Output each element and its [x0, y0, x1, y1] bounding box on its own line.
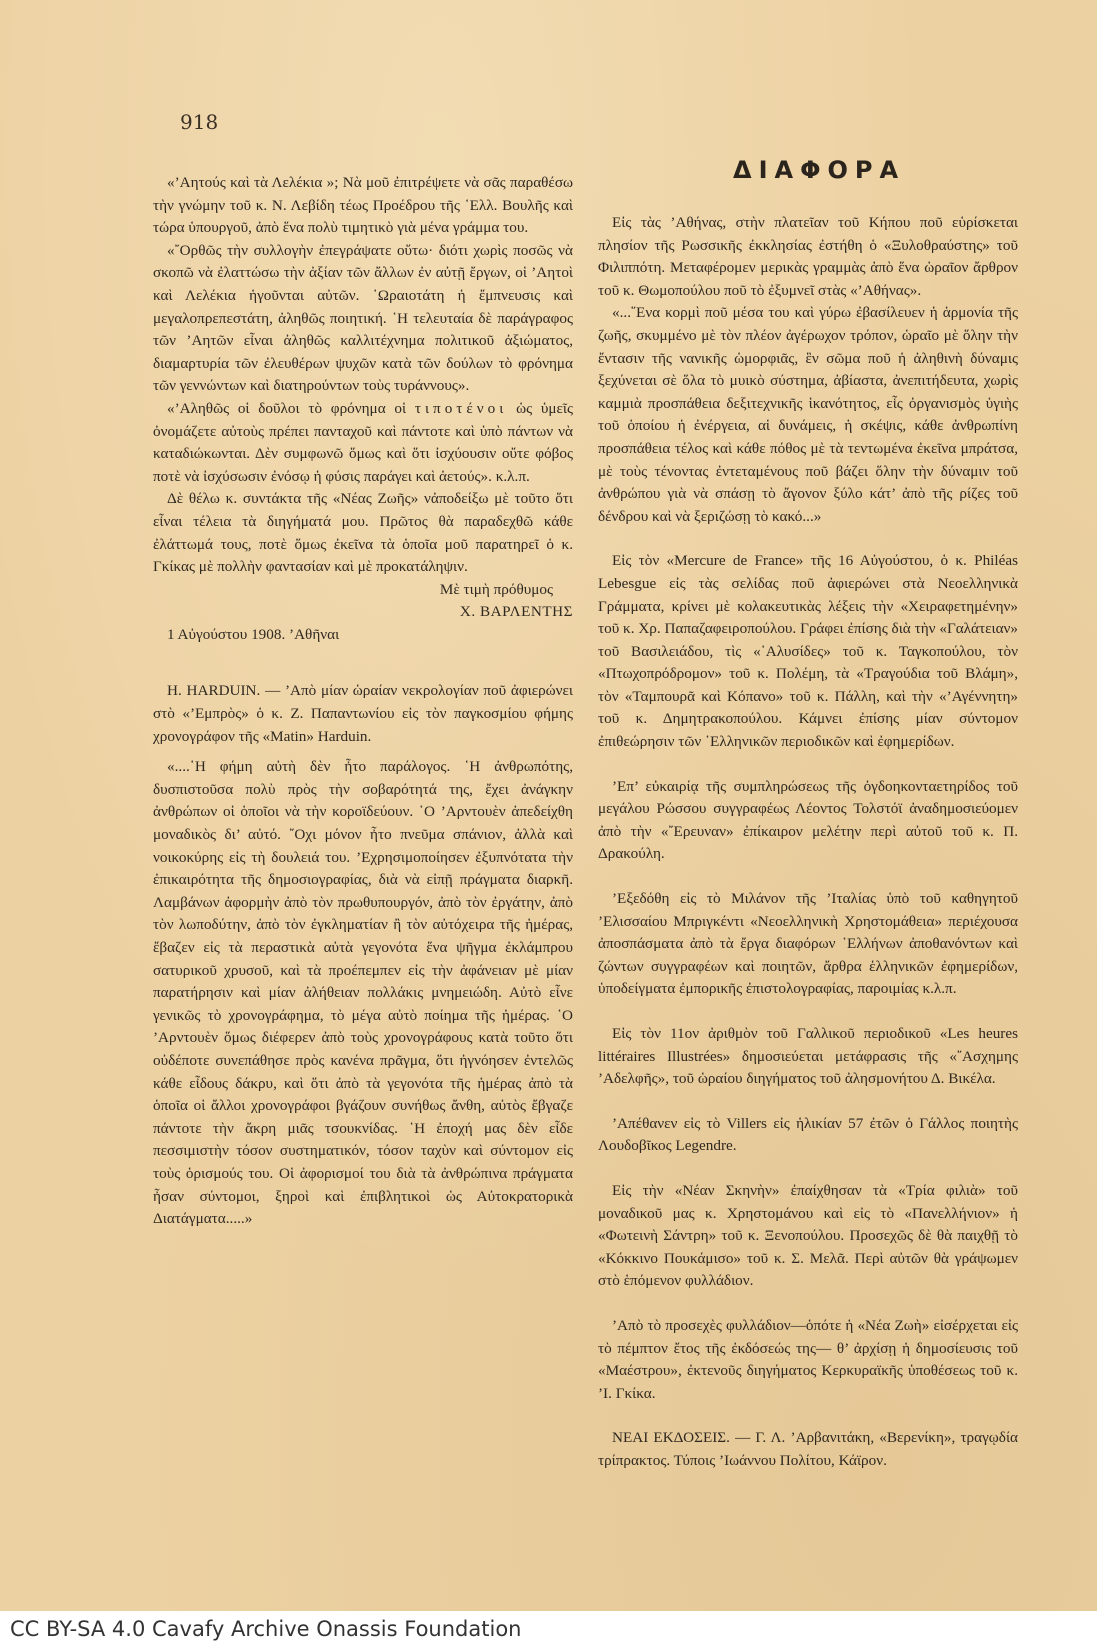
letter-closing: Μὲ τιμὴ πρόθυμος — [153, 579, 573, 602]
spacer — [153, 748, 573, 756]
letter-paragraph: «’Αληθῶς οἱ δοῦλοι τὸ φρόνημα οἱ τιποτέν… — [153, 398, 573, 488]
news-item-maestro: ’Απὸ τὸ προσεχὲς φυλλάδιον—ὁπότε ἡ «Νέα … — [598, 1315, 1018, 1405]
news-item-statue: Εἰς τὰς ’Αθήνας, στὴν πλατεῖαν τοῦ Κήπου… — [598, 212, 1018, 302]
license-caption: CC BY-SA 4.0 Cavafy Archive Onassis Foun… — [10, 1614, 521, 1644]
spacer — [598, 528, 1018, 550]
letter-signature: Χ. ΒΑΡΛΕΝΤΗΣ — [153, 601, 573, 624]
spacer — [598, 866, 1018, 888]
news-item-legendre: ’Απέθανεν εἰς τὸ Villers εἰς ἡλικίαν 57 … — [598, 1113, 1018, 1158]
letter-paragraph: «῎Ορθῶς τὴν συλλογὴν ἐπεγράψατε οὕτω· δι… — [153, 240, 573, 398]
letter-text: «’Αληθῶς οἱ δοῦλοι τὸ φρόνημα οἱ — [167, 400, 415, 417]
scanned-page: 918 ΔΙΑΦΟΡΑ «’Αητούς καὶ τὰ Λελέκια »; Ν… — [0, 0, 1097, 1611]
section-title: ΔΙΑΦΟΡΑ — [733, 156, 905, 184]
news-item-statue-quote: «...῞Ενα κορμὶ ποῦ μέσα του καὶ γύρω ἐβα… — [598, 302, 1018, 528]
news-item-heures-litteraires: Εἰς τὸν 11ον ἀριθμὸν τοῦ Γαλλικοῦ περιοδ… — [598, 1023, 1018, 1091]
spacer — [598, 1158, 1018, 1180]
letter-paragraph: «’Αητούς καὶ τὰ Λελέκια »; Νὰ μοῦ ἐπιτρέ… — [153, 172, 573, 240]
emphasized-word: τιποτένοι — [415, 400, 507, 417]
news-item-tolstoy: ’Επ’ εὐκαιρίᾳ τῆς συμπληρώσεως τῆς ὀγδοη… — [598, 776, 1018, 866]
letter-dateline: 1 Αὐγούστου 1908. ’Αθῆναι — [153, 624, 573, 647]
spacer — [153, 646, 573, 680]
spacer — [598, 1405, 1018, 1427]
news-item-chrestomathy: ’Εξεδόθη εἰς τὸ Μιλάνον τῆς ’Ιταλίας ὑπὸ… — [598, 888, 1018, 1001]
spacer — [598, 1091, 1018, 1113]
harduin-quote: «....῾Η φήμη αὐτὴ δὲν ἦτο παράλογος. ῾Η … — [153, 756, 573, 1230]
spacer — [598, 1293, 1018, 1315]
right-column: Εἰς τὰς ’Αθήνας, στὴν πλατεῖαν τοῦ Κήπου… — [598, 212, 1018, 1473]
news-item-mercure: Εἰς τὸν «Mercure de France» τῆς 16 Αὐγού… — [598, 550, 1018, 753]
page-number: 918 — [180, 110, 218, 134]
spacer — [598, 754, 1018, 776]
news-item-theatre: Εἰς τὴν «Νέαν Σκηνὴν» ἐπαίχθησαν τὰ «Τρί… — [598, 1180, 1018, 1293]
harduin-intro: H. HARDUIN. — ’Απὸ μίαν ὡραίαν νεκρολογί… — [153, 680, 573, 748]
left-column: «’Αητούς καὶ τὰ Λελέκια »; Νὰ μοῦ ἐπιτρέ… — [153, 172, 573, 1231]
news-item-new-publications: ΝΕΑΙ ΕΚΔΟΣΕΙΣ. — Γ. Λ. ’Αρβανιτάκη, «Βερ… — [598, 1427, 1018, 1472]
spacer — [598, 1001, 1018, 1023]
letter-paragraph: Δὲ θέλω κ. συντάκτα τῆς «Νέας Ζωῆς» νἀπο… — [153, 488, 573, 578]
